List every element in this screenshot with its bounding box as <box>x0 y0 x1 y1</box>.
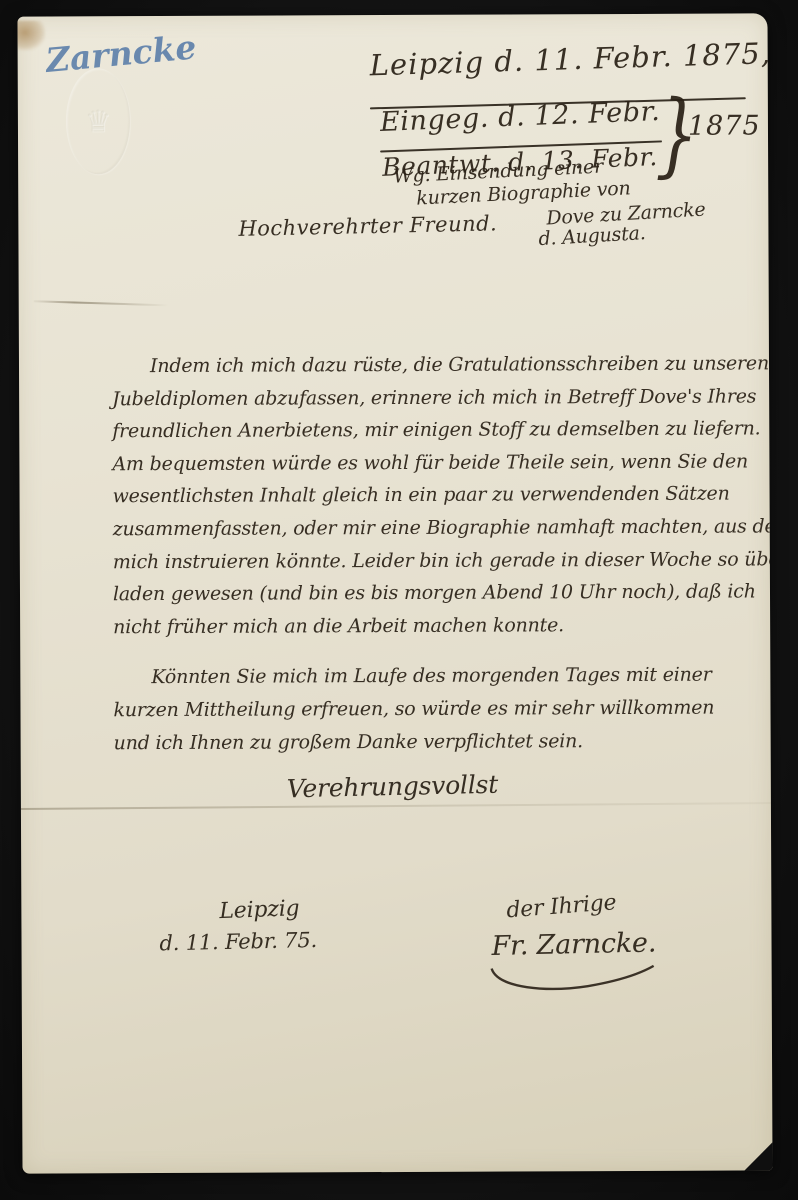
body-paragraph-2: Könnten Sie mich im Laufe des morgenden … <box>113 658 763 760</box>
body-paragraph-1: Indem ich mich dazu rüste, die Gratulati… <box>112 347 763 643</box>
corner-stain <box>17 21 45 51</box>
fold-crease-middle <box>21 802 771 810</box>
signature-flourish <box>488 962 658 995</box>
photo-background: Zarncke ♛ Leipzig d. 11. Febr. 1875, Ein… <box>0 0 798 1200</box>
letter-paper: Zarncke ♛ Leipzig d. 11. Febr. 1875, Ein… <box>17 13 772 1173</box>
body-line: Indem ich mich dazu rüste, die Gratulati… <box>112 347 762 382</box>
header-date-line: Leipzig d. 11. Febr. 1875, <box>369 38 771 82</box>
signature-valediction: der Ihrige <box>506 891 618 923</box>
clipped-corner <box>743 1141 772 1171</box>
salutation: Hochverehrter Freund. <box>238 212 497 241</box>
body-line: Am bequemsten würde es wohl für beide Th… <box>112 445 762 480</box>
body-line: und ich Ihnen zu großem Danke verpflicht… <box>114 724 764 760</box>
body-line: laden gewesen (und bin es bis morgen Abe… <box>113 576 763 611</box>
body-line: kurzen Mittheilung erfreuen, so würde es… <box>113 691 763 727</box>
body-line: Könnten Sie mich im Laufe des morgenden … <box>113 658 763 694</box>
archival-annotation: Zarncke <box>44 27 198 80</box>
registry-brace-year: 1875 <box>688 111 761 141</box>
dateline-date: d. 11. Febr. 75. <box>159 929 317 956</box>
embossed-seal: ♛ <box>66 68 130 174</box>
body-line: wesentlichsten Inhalt gleich in ein paar… <box>113 478 763 513</box>
body-line: mich instruieren könnte. Leider bin ich … <box>113 543 763 578</box>
body-line: freundlichen Anerbietens, mir einigen St… <box>112 413 762 448</box>
body-line: nicht früher mich an die Arbeit machen k… <box>113 608 763 643</box>
body-line: Jubeldiplomen abzufassen, erinnere ich m… <box>112 380 762 415</box>
crown-icon: ♛ <box>84 104 111 139</box>
registry-note-line: d. Augusta. <box>538 223 646 250</box>
body-line: zusammenfassten, oder mir eine Biographi… <box>113 510 763 545</box>
fold-crease-top <box>34 300 169 306</box>
registry-received-line: Eingeg. d. 12. Febr. <box>379 97 660 138</box>
dateline-place: Leipzig <box>219 897 300 924</box>
signature-name: Fr. Zarncke. <box>491 928 656 961</box>
closing-formula: Verehrungsvollst <box>287 771 499 803</box>
